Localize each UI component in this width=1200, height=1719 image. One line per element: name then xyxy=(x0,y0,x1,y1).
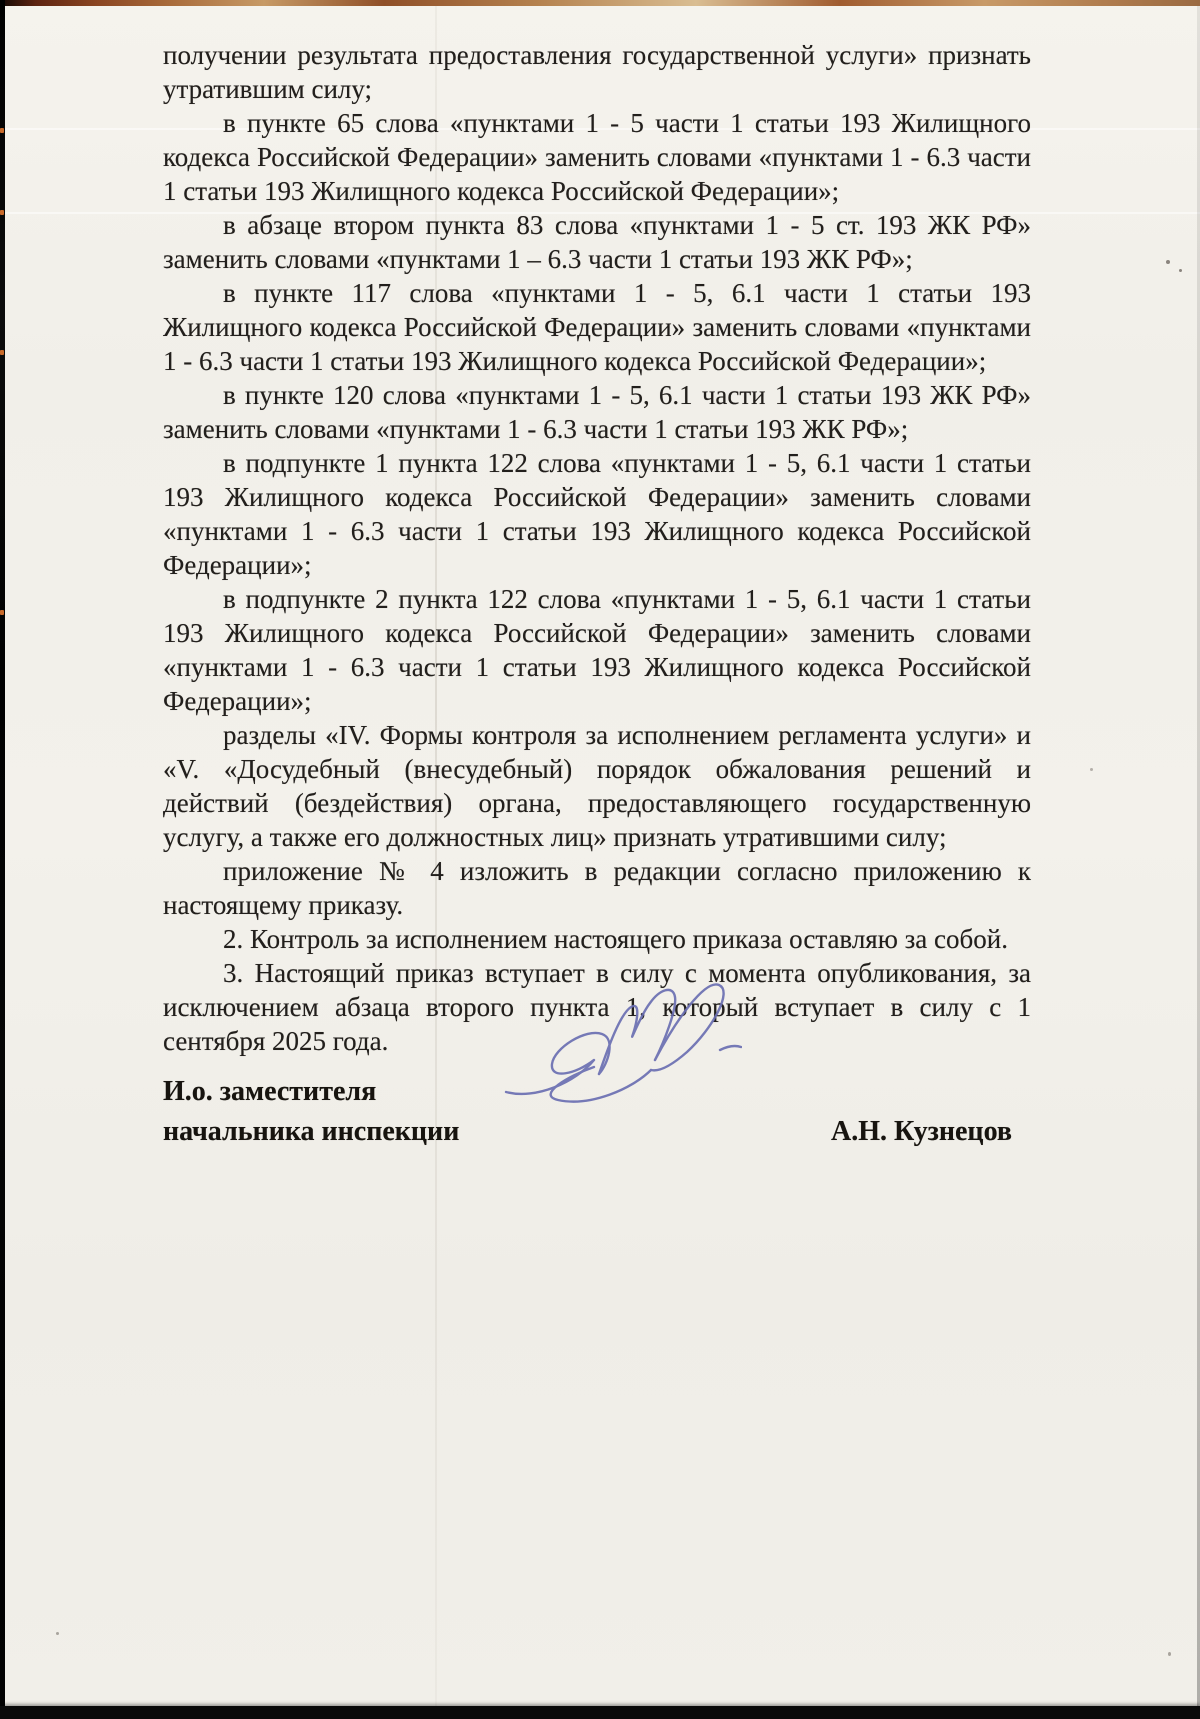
scan-edge-glint xyxy=(0,610,4,615)
scan-edge-left xyxy=(0,0,5,1719)
paragraph: получении результата предоставления госу… xyxy=(163,38,1031,106)
scan-edge-bottom xyxy=(0,1706,1200,1719)
paragraph: в пункте 117 слова «пунктами 1 - 5, 6.1 … xyxy=(163,276,1031,378)
scan-speck xyxy=(1166,260,1170,264)
scan-edge-glint xyxy=(0,350,4,355)
paragraph: в абзаце втором пункта 83 слова «пунктам… xyxy=(163,208,1031,276)
scan-edge-glint xyxy=(0,128,4,133)
signature-stroke-group xyxy=(506,984,741,1101)
scan-speck xyxy=(56,1632,59,1635)
paragraph: в подпункте 1 пункта 122 слова «пунктами… xyxy=(163,446,1031,582)
scan-speck xyxy=(1168,1652,1171,1656)
handwritten-signature xyxy=(492,970,742,1104)
paragraph: в пункте 65 слова «пунктами 1 - 5 части … xyxy=(163,106,1031,208)
paragraph: 2. Контроль за исполнением настоящего пр… xyxy=(163,922,1031,956)
scanned-page: { "page": { "paper_color": "#f1efe9", "t… xyxy=(0,0,1200,1719)
paragraph: в пункте 120 слова «пунктами 1 - 5, 6.1 … xyxy=(163,378,1031,446)
scan-speck xyxy=(1179,269,1182,272)
signer-name: А.Н. Кузнецов xyxy=(831,1112,1012,1152)
scan-speck xyxy=(1090,768,1093,771)
scan-edge-glint xyxy=(0,210,4,215)
paragraph: приложение № 4 изложить в редакции согла… xyxy=(163,854,1031,922)
scan-edge-top xyxy=(0,0,1200,6)
document-body: получении результата предоставления госу… xyxy=(163,38,1031,1058)
paragraph: разделы «IV. Формы контроля за исполнени… xyxy=(163,718,1031,854)
paragraph: в подпункте 2 пункта 122 слова «пунктами… xyxy=(163,582,1031,718)
